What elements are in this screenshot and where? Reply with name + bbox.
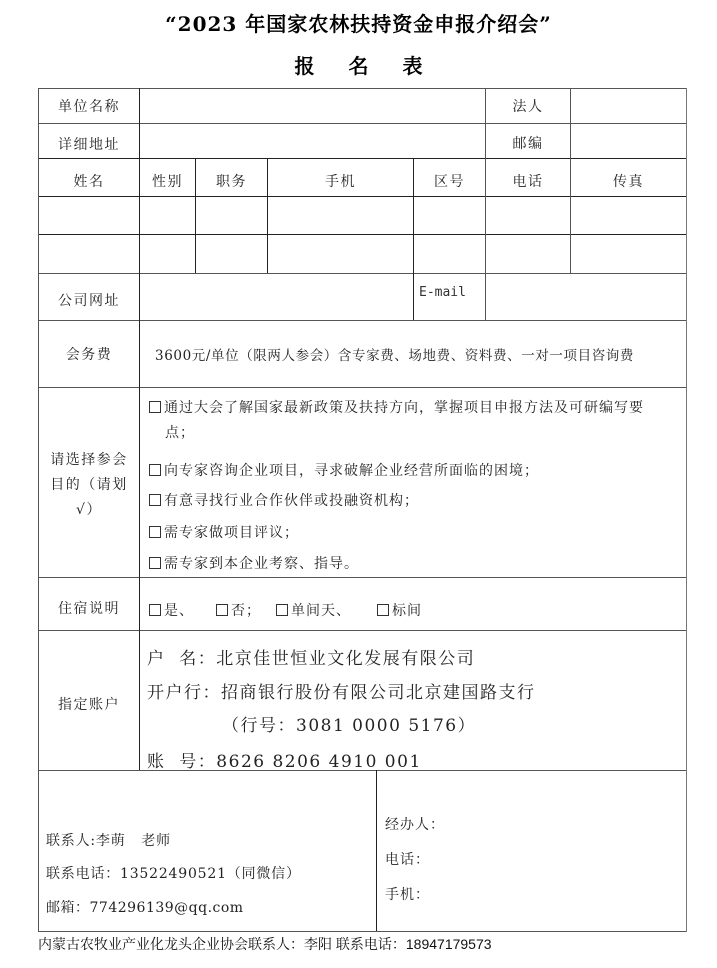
contact-phone: 联系电话：13522490521（同微信） [46,863,301,883]
purpose-option[interactable]: 需专家做项目评议； [149,522,299,542]
purpose-option-text: 需专家到本企业考察、指导。 [164,556,359,572]
postcode-field[interactable] [571,124,686,158]
footer-association-contact: 内蒙古农牧业产业化龙头企业协会联系人：李阳 联系电话：18947179573 [38,934,492,954]
legal-person-field[interactable] [571,89,686,123]
document-title: “2023 年国家农林扶持资金申报介绍会” [0,8,717,37]
attendee-area-code-input[interactable] [414,235,485,273]
purpose-option[interactable]: 向专家咨询企业项目，寻求破解企业经营所面临的困境； [149,460,539,480]
purpose-label: 请选择参会 目的（请划 √） [39,448,139,523]
lodging-option-label: 单间天、 [291,603,351,619]
purpose-option-text: 向专家咨询企业项目，寻求破解企业经营所面临的困境； [164,463,539,479]
legal-person-label: 法人 [486,89,570,123]
subtitle-char: 报 [295,50,315,79]
handler-phone-label: 电话： [385,849,430,869]
unit-name-field[interactable] [140,89,485,123]
lodging-option-no[interactable]: 否； [216,600,261,620]
attendee-gender-input[interactable] [140,235,195,273]
checkbox[interactable] [149,494,161,506]
col-divider [376,770,377,931]
purpose-label-line: √） [39,498,139,523]
handler-mobile-label: 手机： [385,884,430,904]
account-name: 户 名：北京佳世恒业文化发展有限公司 [147,644,475,669]
fee-label: 会务费 [39,321,139,387]
lodging-option-label: 标间 [392,603,422,619]
email-field[interactable] [486,274,686,320]
address-field[interactable] [140,124,485,158]
checkbox[interactable] [149,464,161,476]
checkbox[interactable] [276,604,288,616]
lodging-option-single[interactable]: 单间天、 [276,600,351,620]
unit-name-label: 单位名称 [39,89,139,123]
checkbox[interactable] [149,604,161,616]
purpose-option-text: 有意寻找行业合作伙伴或投融资机构； [164,493,419,509]
address-label: 详细地址 [39,124,139,164]
checkbox[interactable] [377,604,389,616]
lodging-option-label: 是、 [164,603,194,619]
form-subtitle: 报名表 [0,50,717,79]
lodging-option-standard[interactable]: 标间 [377,600,422,620]
subtitle-char: 表 [403,50,423,79]
subtitle-char: 名 [349,50,369,79]
bank-code: （行号：3081 0000 5176） [222,711,476,736]
purpose-option-text: 通过大会了解国家最新政策及扶持方向，掌握项目申报方法及可研编写要 [164,400,644,416]
lodging-option-yes[interactable]: 是、 [149,600,194,620]
account-label: 指定账户 [39,631,139,776]
purpose-option-text: 需专家做项目评议； [164,525,299,541]
website-label: 公司网址 [39,274,139,326]
attendee-gender-input[interactable] [140,197,195,234]
purpose-option[interactable]: 通过大会了解国家最新政策及扶持方向，掌握项目申报方法及可研编写要 [149,397,644,417]
attendee-phone-input[interactable] [486,197,570,234]
attendee-mobile-input[interactable] [268,235,413,273]
handler-label: 经办人： [385,814,445,834]
attendee-fax-input[interactable] [571,197,686,234]
purpose-option[interactable]: 有意寻找行业合作伙伴或投融资机构； [149,490,419,510]
checkbox[interactable] [149,526,161,538]
purpose-option[interactable]: 需专家到本企业考察、指导。 [149,553,359,573]
email-label: E-mail [419,285,466,300]
checkbox[interactable] [149,401,161,413]
attendee-mobile-input[interactable] [268,197,413,234]
attendee-position-input[interactable] [196,197,267,234]
purpose-label-line: 目的（请划 [39,473,139,498]
attendee-name-input[interactable] [39,197,139,234]
attendee-position-input[interactable] [196,235,267,273]
lodging-label: 住宿说明 [39,578,139,638]
checkbox[interactable] [216,604,228,616]
lodging-option-label: 否； [231,603,261,619]
attendee-phone-input[interactable] [486,235,570,273]
bank-name: 开户行：招商银行股份有限公司北京建国路支行 [147,678,536,703]
purpose-option-continuation: 点； [165,422,195,442]
attendee-name-input[interactable] [39,235,139,273]
fee-description: 3600元/单位（限两人参会）含专家费、场地费、资料费、一对一项目咨询费 [155,344,634,364]
website-field[interactable] [140,274,413,320]
contact-person: 联系人:李萌 老师 [46,830,171,850]
account-number: 账 号：8626 8206 4910 001 [147,747,422,772]
contact-email: 邮箱：774296139@qq.com [46,897,244,917]
attendee-area-code-input[interactable] [414,197,485,234]
table-border-right [686,88,687,932]
row-divider [38,387,687,388]
purpose-label-line: 请选择参会 [39,448,139,473]
checkbox[interactable] [149,557,161,569]
table-border-bottom [38,931,687,932]
attendee-fax-input[interactable] [571,235,686,273]
postcode-label: 邮编 [486,124,570,162]
